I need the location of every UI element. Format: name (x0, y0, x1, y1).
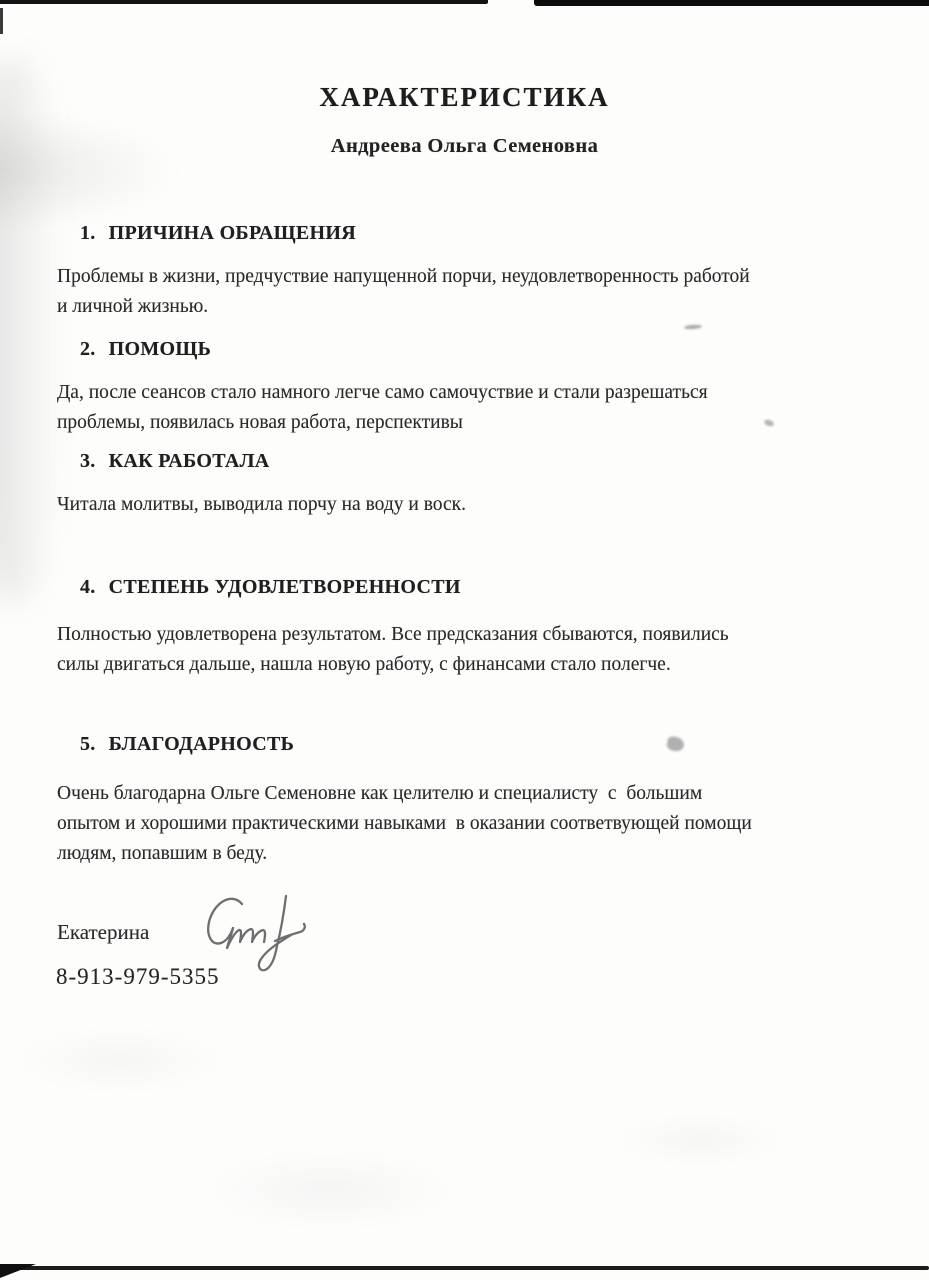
document-subject-name: Андреева Ольга Семеновна (0, 135, 929, 158)
section-5-heading-label: БЛАГОДАРНОСТЬ (109, 733, 295, 756)
section-2-heading-label: ПОМОЩЬ (109, 338, 212, 361)
section-1-heading-label: ПРИЧИНА ОБРАЩЕНИЯ (109, 222, 356, 245)
signatory-name: Екатерина (57, 920, 149, 945)
section-4-body: Полностью удовлетворена результатом. Все… (57, 620, 881, 680)
scan-corner-wedge (0, 1264, 36, 1278)
section-4-number: 4. (80, 576, 96, 599)
scan-shading-topleft (0, 110, 180, 230)
section-2-body: Да, после сеансов стало намного легче са… (57, 378, 881, 438)
scan-edge-left-tick (0, 8, 3, 34)
section-3-heading-label: КАК РАБОТАЛА (109, 450, 270, 473)
section-3-number: 3. (80, 450, 96, 473)
section-1-heading: 1. ПРИЧИНА ОБРАЩЕНИЯ (80, 222, 356, 245)
section-1-number: 1. (80, 222, 96, 245)
section-5-heading: 5. БЛАГОДАРНОСТЬ (80, 733, 294, 756)
signatory-phone-number: 8-913-979-5355 (56, 964, 219, 990)
section-2-number: 2. (80, 338, 96, 361)
section-1-body: Проблемы в жизни, предчуствие напущенной… (57, 262, 881, 322)
section-2-heading: 2. ПОМОЩЬ (80, 338, 211, 361)
scan-edge-bottom-line (8, 1266, 929, 1270)
section-4-heading-label: СТЕПЕНЬ УДОВЛЕТВОРЕННОСТИ (109, 576, 461, 599)
scan-edge-top-left-segment (0, 0, 488, 4)
scan-edge-top-right-segment (534, 0, 929, 6)
section-4-heading: 4. СТЕПЕНЬ УДОВЛЕТВОРЕННОСТИ (80, 576, 461, 599)
section-5-body: Очень благодарна Ольге Семеновне как цел… (57, 779, 881, 869)
section-3-heading: 3. КАК РАБОТАЛА (80, 450, 270, 473)
section-3-body: Читала молитвы, выводила порчу на воду и… (57, 490, 881, 520)
section-5-number: 5. (80, 733, 96, 756)
scanned-document-page: ХАРАКТЕРИСТИКА Андреева Ольга Семеновна … (0, 0, 929, 1280)
document-title: ХАРАКТЕРИСТИКА (0, 82, 929, 113)
